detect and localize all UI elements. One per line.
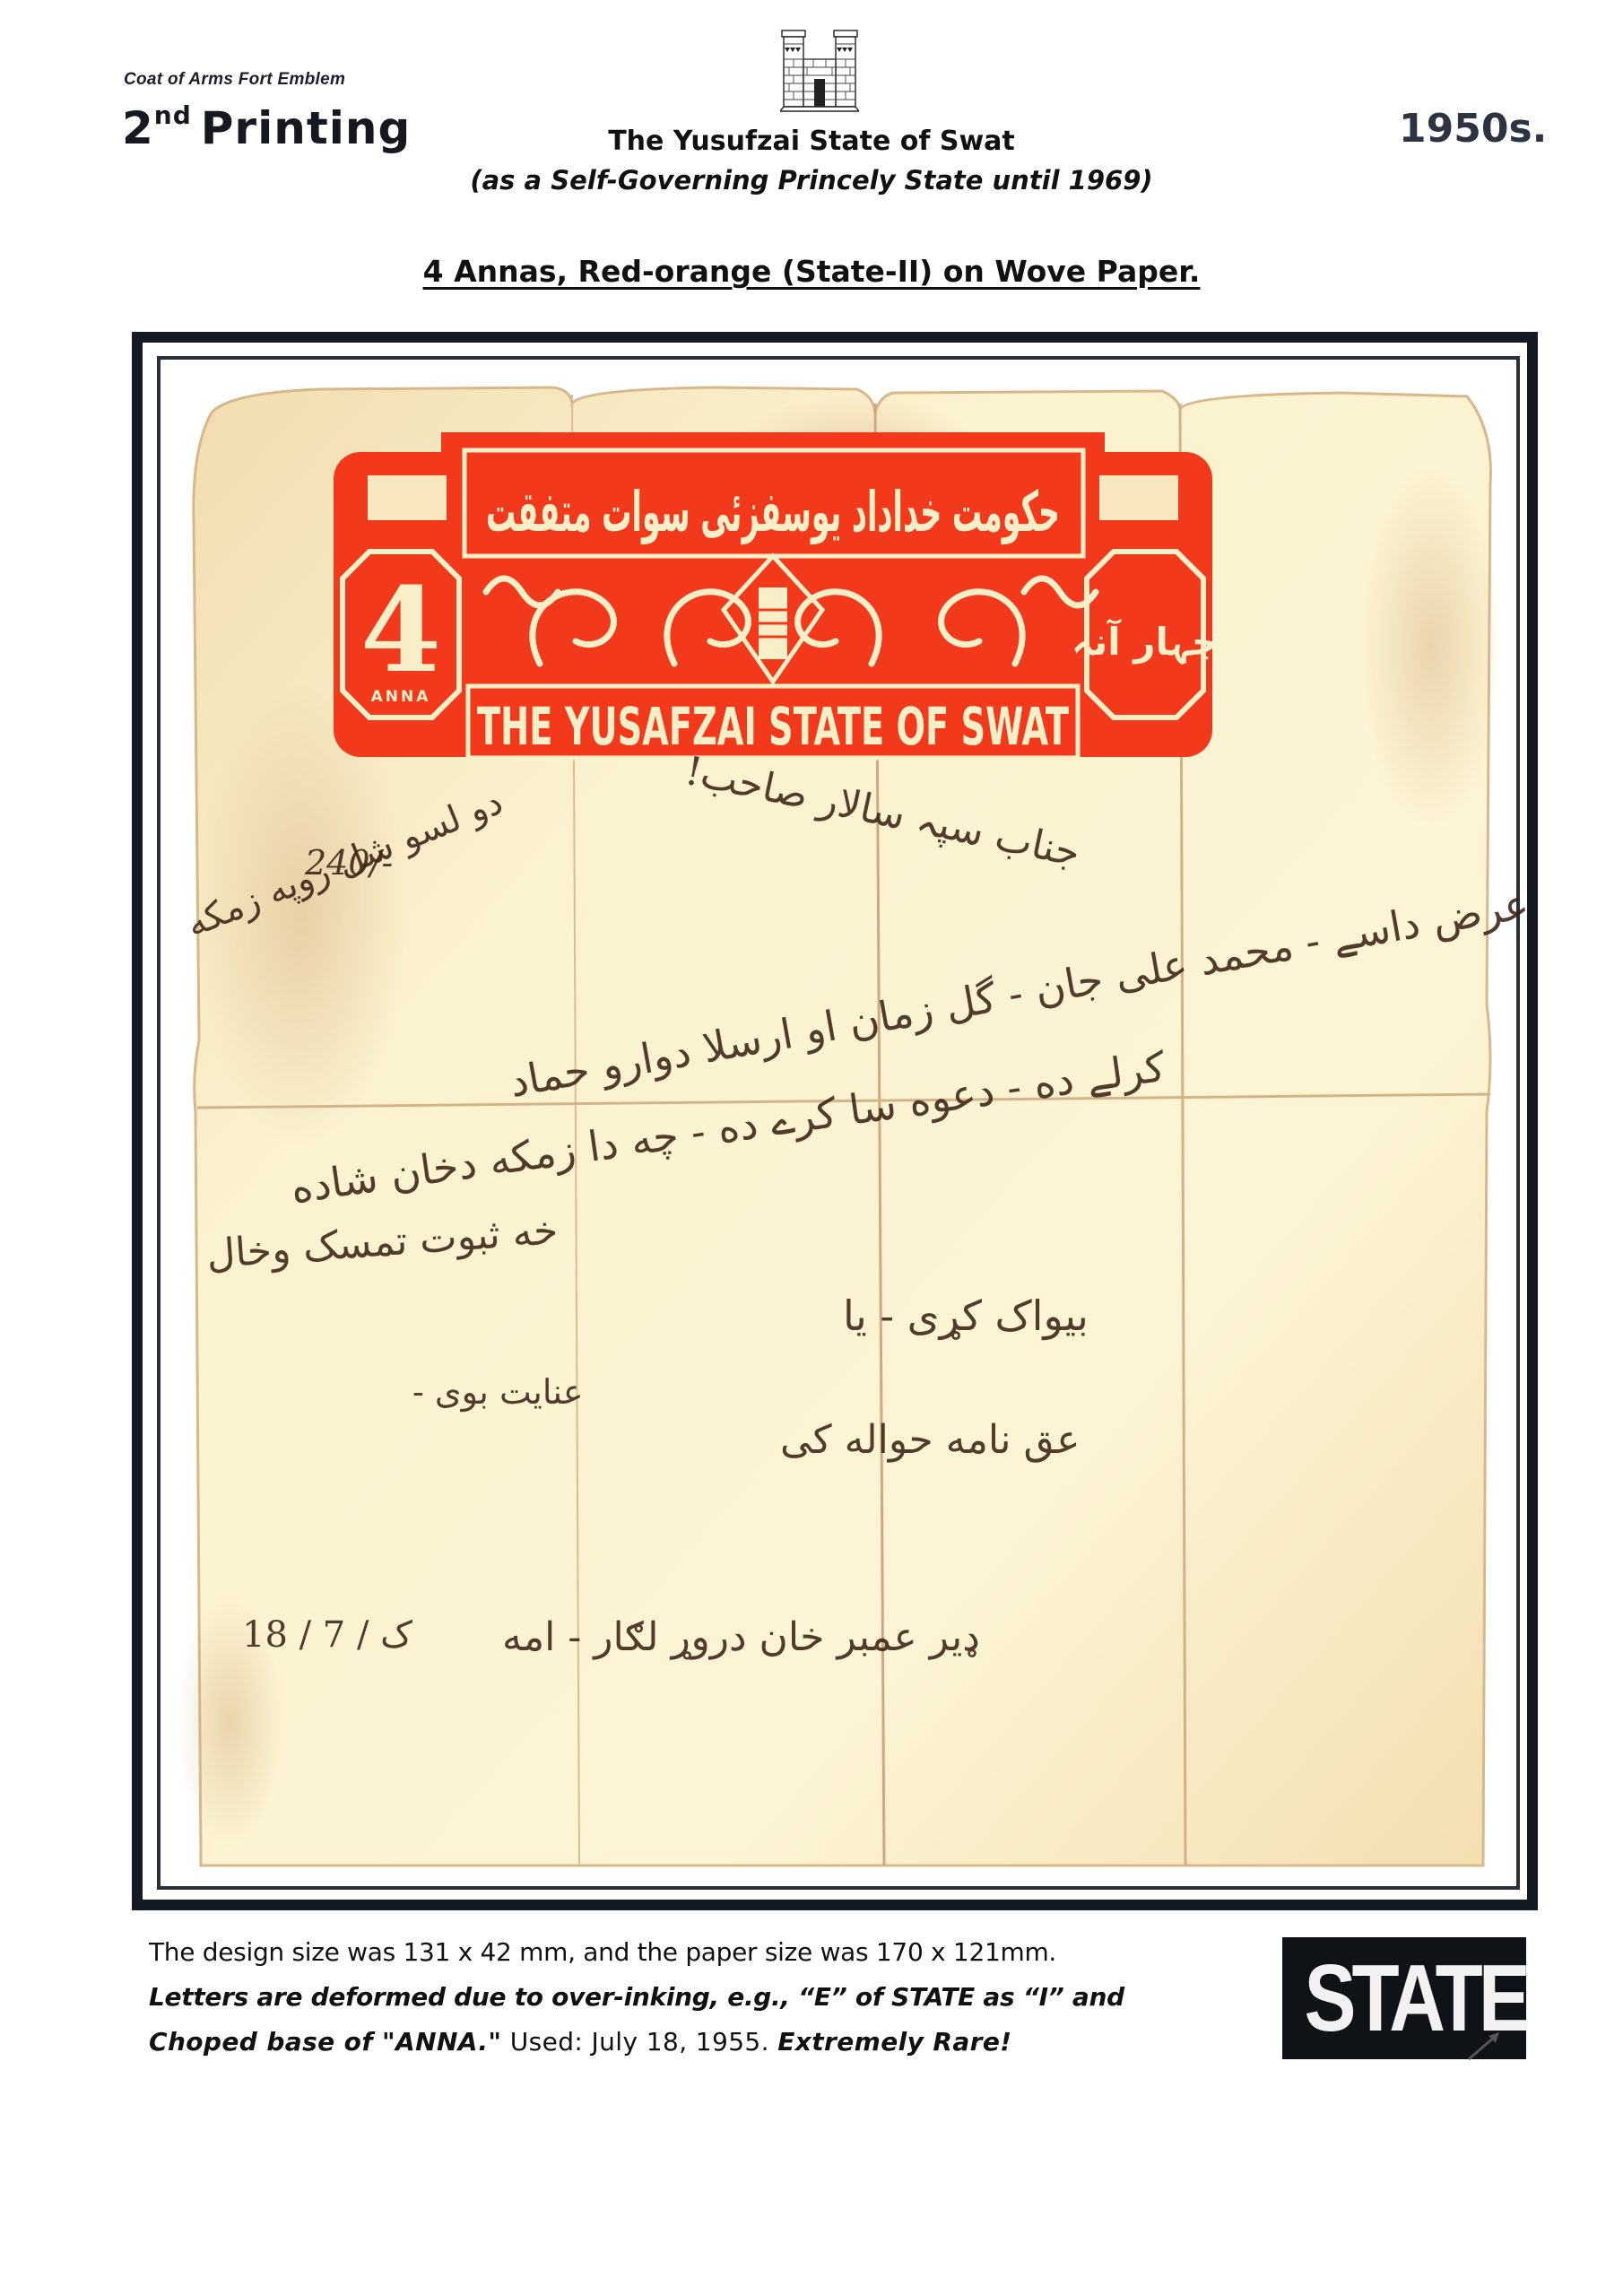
caption-dimensions: The design size was 131 x 42 mm, and the…: [149, 1937, 1056, 1967]
handwriting-line: عق نامه حواله کی: [780, 1417, 1081, 1463]
stamp-denomination: 4: [360, 561, 441, 699]
stamp-urdu-value: چہار آنہ: [1072, 619, 1212, 665]
item-title: 4 Annas, Red-orange (State-II) on Wove P…: [0, 254, 1623, 289]
item-title-text: Annas, Red-orange (State-II) on Wove Pap…: [444, 254, 1201, 289]
caption-anna-note: Choped base of "ANNA.": [149, 2027, 501, 2057]
caption-rarity: Extremely Rare!: [777, 2027, 1011, 2057]
caption-usage-note: Choped base of "ANNA." Used: July 18, 19…: [149, 2027, 1011, 2057]
printed-revenue-stamp: 4 ANNA THE YUSAFZAI STATE OF SWAT حکومت …: [334, 430, 1212, 762]
stamp-urdu-legend: حکومت خداداد یوسفزئی سوات متفقت: [486, 479, 1060, 544]
fort-castle-icon: [780, 29, 859, 113]
caption-used-date: Used: July 18, 1955.: [501, 2027, 777, 2057]
state-subtitle: (as a Self-Governing Princely State unti…: [0, 165, 1623, 196]
handwritten-date: 18 / 7 / ک: [242, 1614, 412, 1656]
emblem-caption: Coat of Arms Fort Emblem: [124, 70, 345, 90]
stamp-english-legend: THE YUSAFZAI STATE OF SWAT: [477, 696, 1069, 757]
handwriting-line: بیواک کړی - یا: [843, 1291, 1089, 1340]
state-detail-image: STATE: [1282, 1937, 1526, 2059]
handwriting-line: عنایت بوی -: [412, 1372, 584, 1412]
handwriting-signature: ډیر عمبر خان دروړ لګار - امه: [502, 1614, 980, 1660]
item-title-number: 4: [423, 254, 444, 289]
caption-deformation-note: Letters are deformed due to over-inking,…: [149, 1982, 1124, 2012]
state-title: The Yusufzai State of Swat: [0, 126, 1623, 157]
arrow-icon: [1462, 2027, 1506, 2063]
stamp-currency-label: ANNA: [371, 688, 431, 706]
